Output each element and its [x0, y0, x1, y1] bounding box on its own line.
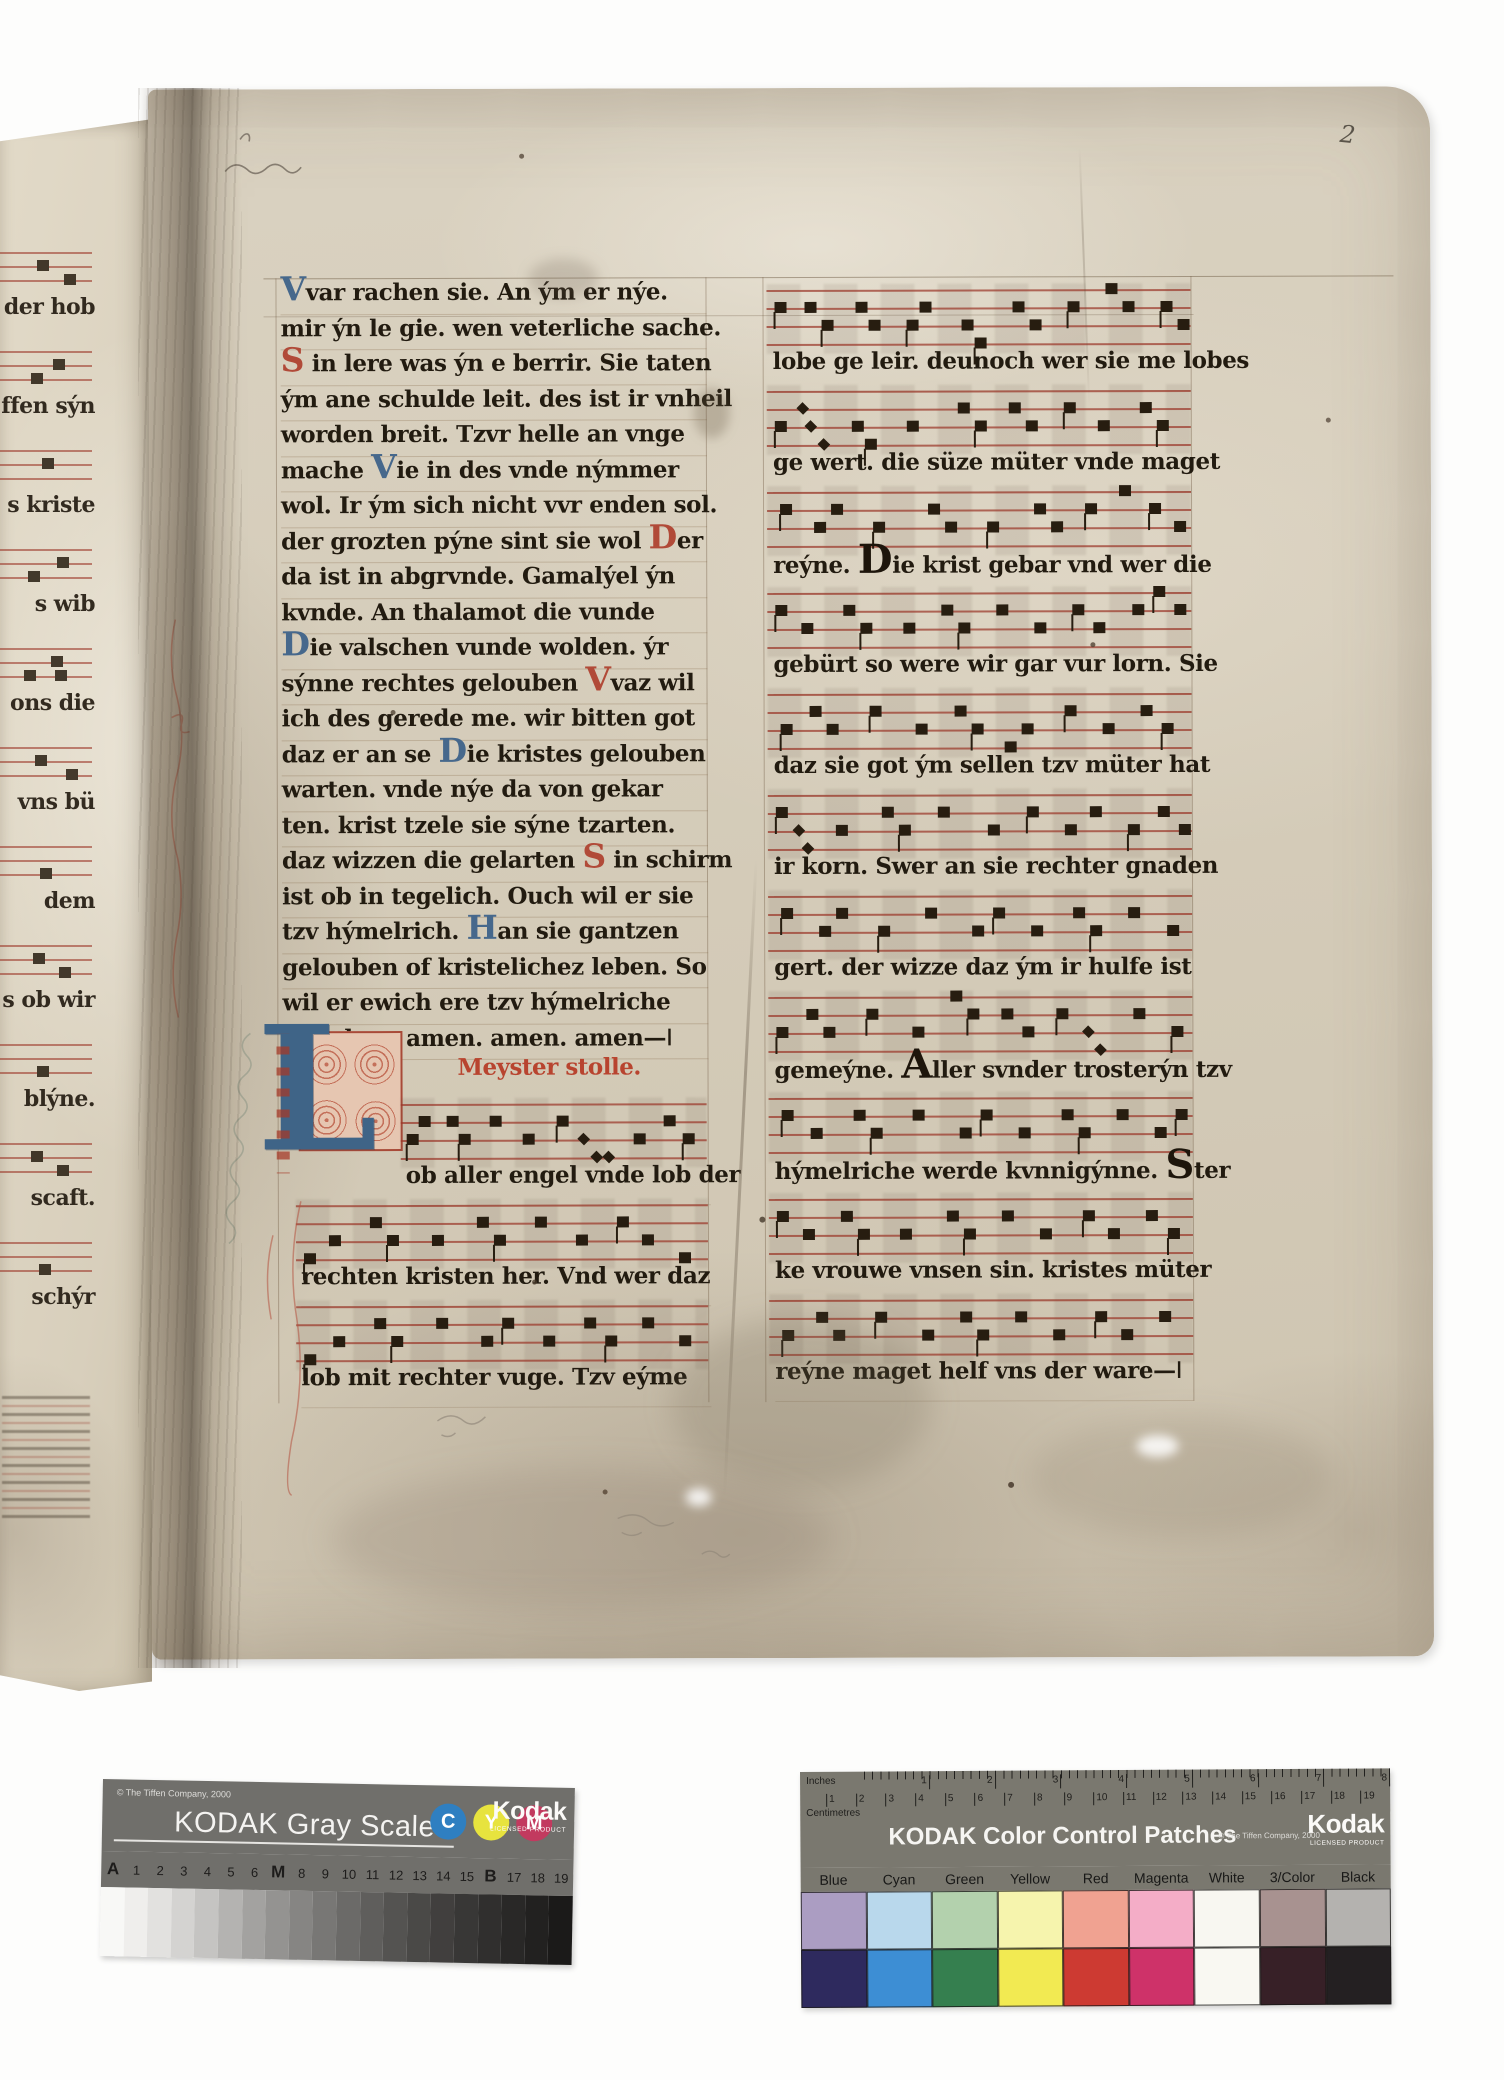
color-patch-light [1260, 1889, 1326, 1947]
neume-note [1015, 1311, 1027, 1322]
neume-note [1167, 1228, 1179, 1239]
staff-line [0, 1044, 92, 1046]
neume-note [28, 571, 40, 582]
gothic-text: ten. krist tzele sie sýne tzarten. [282, 811, 675, 839]
facing-page-unit: blýne. [0, 1038, 152, 1137]
color-patch-light [932, 1891, 998, 1949]
neume-note [1002, 1008, 1014, 1019]
neume-note [1108, 1228, 1120, 1239]
neume-note [1031, 925, 1043, 936]
neume-note [781, 1110, 793, 1121]
neume-note [776, 807, 788, 818]
neume-note [31, 1151, 43, 1162]
neume-note [31, 373, 43, 384]
manuscript-text-line: der grozten pýne sint sie wol Der [281, 527, 707, 564]
gray-step-patch [335, 1892, 360, 1961]
inch-numbers: 12345678 [864, 1772, 1390, 1789]
neume-note [858, 1229, 870, 1240]
neume-note [1176, 1109, 1188, 1120]
staff-line [769, 1252, 1193, 1255]
gothic-text: ter [1194, 1157, 1230, 1184]
staff-line [0, 365, 92, 367]
staff-line [769, 1151, 1193, 1154]
neume-note [419, 1116, 431, 1127]
neume-note [1159, 1311, 1171, 1322]
text-fragment: s wib [35, 591, 95, 617]
neume-note [66, 769, 78, 780]
staff-line [0, 1256, 92, 1258]
cm-number: 14 [1212, 1791, 1242, 1804]
gothic-text: in schirm [606, 846, 732, 873]
gothic-text: lob mit rechter vuge. Tzv eýme [301, 1363, 687, 1391]
neume-stem [390, 1346, 392, 1363]
neume-stem [860, 633, 862, 650]
neume-note [833, 1330, 845, 1341]
neume-note [941, 605, 953, 616]
neume-stem [774, 312, 776, 329]
staff-line [0, 563, 92, 565]
neume-stem [905, 330, 907, 347]
staff-line [768, 1014, 1192, 1017]
ruling-line-left [275, 278, 279, 1403]
neume-stem [386, 1245, 388, 1262]
music-staff [767, 491, 1191, 550]
neume-note [37, 1066, 49, 1077]
neume-note [459, 1134, 471, 1145]
neume-note [57, 557, 69, 568]
copyright-text: © The Tiffen Company, 2000 [1218, 1831, 1320, 1841]
gothic-text: ke vrouwe vnsen sin. kristes müter [775, 1256, 1211, 1284]
neume-note [1161, 301, 1173, 312]
neume-note [1128, 824, 1140, 835]
neume-note [975, 420, 987, 431]
gray-scale-steps [100, 1887, 573, 1965]
inch-number: 1 [864, 1775, 930, 1789]
neume-stem [1063, 412, 1065, 429]
neume-stem [970, 734, 972, 751]
facing-page-unit: der hob [0, 246, 152, 345]
neume-stem [987, 531, 989, 548]
gray-step-label: 18 [526, 1870, 550, 1885]
licensed-product-text: LICENSED PRODUCT [490, 1825, 566, 1833]
neume-note [968, 1009, 980, 1020]
neume-note [803, 1229, 815, 1240]
neume-note [576, 1235, 588, 1246]
staff-line [767, 390, 1191, 393]
colored-initial: D [858, 536, 892, 583]
neume-note [824, 1027, 836, 1038]
colored-initial: V [280, 269, 305, 308]
gothic-text: reýne maget helf vns der ware—ǀ [775, 1357, 1182, 1385]
neume-note [1171, 1026, 1183, 1037]
scanned-manuscript-photo: der hobffen sýns kristes wibons dievns b… [0, 0, 1504, 2080]
neume-stem [868, 716, 870, 733]
neume-stem [781, 1340, 783, 1357]
neume-note [805, 302, 817, 313]
facing-page-unit: scaft. [0, 1137, 152, 1236]
gray-step-patch [383, 1892, 408, 1961]
neume-note [1106, 283, 1118, 294]
staff-fragment [0, 945, 92, 979]
neume-note [1085, 503, 1097, 514]
gothic-text: mir ýn le gie. wen veterliche sache. [281, 314, 721, 342]
neume-note [903, 623, 915, 634]
centimetres-label: Centimetres [806, 1808, 860, 1819]
staff-line [769, 1234, 1193, 1237]
neume-note [55, 670, 67, 681]
neume-note [1090, 806, 1102, 817]
color-patch-dark [998, 1948, 1064, 2006]
cm-number: 15 [1242, 1791, 1272, 1804]
staff-line [767, 545, 1191, 548]
neume-note [777, 1211, 789, 1222]
neume-note [1132, 604, 1144, 615]
staff-line [0, 662, 92, 664]
gray-step-patch [170, 1888, 195, 1957]
neume-stem [821, 330, 823, 347]
staff-line [0, 549, 92, 551]
music-staff [768, 895, 1192, 954]
music-staff [769, 1097, 1193, 1156]
gothic-text: tzv hýmelrich. [282, 918, 467, 945]
music-text-line: lob mit rechter vuge. Tzv eýme [301, 1363, 711, 1408]
gray-step-patch [359, 1892, 384, 1961]
neume-note [489, 1116, 501, 1127]
staff-fragment [0, 846, 92, 880]
staff-fragment [0, 549, 92, 583]
centimetre-numbers: 12345678910111213141516171819 [826, 1790, 1390, 1806]
red-filigree [171, 620, 190, 1018]
gray-step-label: 1 [125, 1862, 149, 1877]
neume-note [781, 908, 793, 919]
flash-glare [686, 1488, 712, 1506]
neume-note [780, 504, 792, 515]
neume-note [1012, 301, 1024, 312]
facing-page-edge: der hobffen sýns kristes wibons dievns b… [0, 116, 152, 1691]
gray-step-patch [548, 1896, 573, 1965]
neume-note [937, 807, 949, 818]
neume-note [1064, 705, 1076, 716]
neume-note [776, 605, 788, 616]
gray-step-label: 8 [290, 1865, 314, 1880]
neume-note [1119, 485, 1131, 496]
neume-note [523, 1134, 535, 1145]
neume-note [642, 1317, 654, 1328]
gray-step-label: A [101, 1859, 125, 1879]
manuscript-text-line: da ist in abgrvnde. Gamalýel ýn [281, 562, 707, 599]
parchment-smudge [332, 1468, 832, 1609]
color-patch-dark [1260, 1947, 1326, 2005]
neume-note [981, 1109, 993, 1120]
neume-note [782, 1330, 794, 1341]
neume-note [682, 1133, 694, 1144]
neume-note [617, 1216, 629, 1227]
colored-initial: D [649, 517, 677, 556]
gothic-text: ich des gerede me. wir bitten got [282, 704, 695, 732]
music-staff [767, 390, 1191, 449]
music-staff [769, 1198, 1193, 1257]
neume-note [1146, 1210, 1158, 1221]
staff-line [0, 747, 92, 749]
staff-line [0, 1058, 92, 1060]
neume-note [59, 967, 71, 978]
staff-line [767, 646, 1191, 649]
gray-step-patch [241, 1890, 266, 1959]
staff-fragment [0, 1143, 92, 1177]
pen-trial-scribble [225, 134, 301, 174]
neume-stem [775, 817, 777, 834]
neume-note [831, 504, 843, 515]
ink-specks [148, 90, 151, 93]
gray-step-label: M [266, 1862, 290, 1882]
initial-zigzag-ornament [276, 1033, 289, 1173]
music-staff [767, 592, 1191, 651]
neume-note [1128, 907, 1140, 918]
gothic-text: ie in des vnde nýmmer [396, 456, 679, 484]
neume-note [51, 656, 63, 667]
staff-line [0, 252, 92, 254]
gray-step-label: 11 [361, 1866, 385, 1881]
neume-stem [1025, 816, 1027, 833]
gray-step-patch [477, 1894, 502, 1963]
neume-note [972, 925, 984, 936]
neume-note [844, 605, 856, 616]
neume-note [775, 421, 787, 432]
music-text-line: reýne maget helf vns der ware—ǀ [775, 1357, 1193, 1402]
neume-note [387, 1235, 399, 1246]
initial-letter-glyph: L [256, 1003, 377, 1175]
inch-number: 5 [1127, 1774, 1193, 1788]
staff-line [768, 794, 1192, 797]
gothic-text: daz wizzen die gelarten [282, 847, 582, 875]
gothic-text: ým ane schulde leit. des ist ir vnheil [281, 385, 732, 413]
neume-note [925, 908, 937, 919]
neume-note [878, 926, 890, 937]
facing-page-unit: schýr [0, 1236, 152, 1335]
staff-line [0, 648, 92, 650]
gray-step-label: 6 [243, 1864, 267, 1879]
neume-note [913, 1110, 925, 1121]
neume-note [869, 706, 881, 717]
neume-note [1082, 1025, 1095, 1038]
neume-note [1051, 521, 1063, 532]
gothic-text: lobe ge leir. deunoch wer sie me lobes [773, 347, 1249, 375]
color-patch-light [1129, 1890, 1195, 1948]
neume-note [679, 1335, 691, 1346]
neume-note [1073, 907, 1085, 918]
pencil-annotation [702, 1551, 730, 1557]
color-label: Blue [801, 1872, 867, 1888]
neume-note [39, 1264, 51, 1275]
color-patch-light [997, 1890, 1063, 1948]
music-staff [768, 794, 1192, 853]
gothic-text: ie krist gebar vnd wer die [892, 551, 1211, 579]
colored-initial: S [281, 340, 305, 379]
neume-note [1034, 503, 1046, 514]
color-patch-light [801, 1892, 867, 1950]
gray-step-label: 2 [148, 1862, 172, 1877]
color-patch-dark [1063, 1948, 1129, 2006]
neume-note [557, 1116, 569, 1127]
facing-page-unit: dem [0, 840, 152, 939]
staff-line [768, 812, 1192, 815]
neume-stem [1063, 715, 1065, 732]
neume-note [922, 1330, 934, 1341]
neume-note [1103, 723, 1115, 734]
staff-fragment [0, 1242, 92, 1276]
gray-step-patch [123, 1887, 148, 1956]
text-fragment: s ob wir [2, 987, 95, 1013]
color-patch-light [1194, 1889, 1260, 1947]
neume-stem [1084, 513, 1086, 530]
neume-note [866, 1009, 878, 1020]
color-patch-light [1325, 1888, 1391, 1946]
neume-note [1002, 1210, 1014, 1221]
licensed-product-text: LICENSED PRODUCT [1307, 1839, 1384, 1846]
neume-stem [1170, 1036, 1172, 1053]
neume-note [947, 1211, 959, 1222]
gray-step-label: 17 [502, 1869, 526, 1884]
right-music-column: lobe ge leir. deunoch wer sie me lobesge… [766, 289, 1193, 1470]
music-staff [296, 1305, 708, 1364]
manuscript-text-line: mache Vie in des vnde nýmmer [281, 456, 707, 493]
neume-note [605, 1335, 617, 1346]
cm-number: 1 [826, 1794, 856, 1807]
color-label: Magenta [1128, 1870, 1194, 1886]
staff-line [768, 693, 1192, 696]
color-patch-light [1063, 1890, 1129, 1948]
colored-initial: V [585, 659, 610, 698]
color-bar-header: Inches 12345678 123456789101112131415161… [800, 1768, 1391, 1868]
gothic-text: hýmelriche werde kvnnigýnne. [775, 1157, 1166, 1185]
staff-line [767, 527, 1191, 530]
neume-note [971, 723, 983, 734]
music-staff [401, 1103, 707, 1162]
neume-note [329, 1235, 341, 1246]
neume-note [945, 522, 957, 533]
gray-step-patch [453, 1894, 478, 1963]
neume-stem [776, 1037, 778, 1054]
gothic-text: worden breit. Tzvr helle an vnge [281, 420, 685, 448]
neume-note [1019, 1127, 1031, 1138]
staff-fragment [0, 1044, 92, 1078]
colored-initial: S [1165, 1141, 1194, 1188]
neume-stem [493, 1245, 495, 1262]
staff-line [296, 1258, 708, 1261]
neume-note [64, 274, 76, 285]
gray-step-label: 13 [408, 1867, 432, 1882]
staff-line [0, 973, 92, 975]
kodak-logo: Kodak LICENSED PRODUCT [1307, 1808, 1384, 1846]
neume-note [1068, 301, 1080, 312]
neume-stem [857, 1239, 859, 1256]
neume-stem [1077, 1137, 1079, 1154]
neume-note [852, 421, 864, 432]
staff-line [767, 610, 1191, 613]
neume-note [24, 670, 36, 681]
neume-note [1073, 604, 1085, 615]
staff-line [401, 1139, 707, 1141]
neume-note [1121, 1329, 1133, 1340]
color-patches-dark-row [801, 1946, 1391, 2008]
gothic-text: ie kristes gelouben [467, 740, 706, 768]
copyright-text: © The Tiffen Company, 2000 [117, 1787, 231, 1799]
inch-number: 7 [1259, 1773, 1325, 1787]
gothic-text: ller svnder trosterýn tzv [932, 1056, 1232, 1084]
kodak-logo-text: Kodak [490, 1796, 567, 1826]
staff-line [769, 1216, 1193, 1219]
text-fragment: ons die [10, 690, 95, 716]
gothic-text: gemeýne. [774, 1057, 901, 1084]
staff-line [768, 895, 1192, 898]
neume-note [1023, 1026, 1035, 1037]
neume-note [959, 1128, 971, 1139]
staff-line [296, 1359, 708, 1362]
manuscript-text-line: Die valschen vunde wolden. ýr [281, 633, 707, 670]
neume-note [1154, 1127, 1166, 1138]
gray-step-patch [147, 1888, 172, 1957]
neume-stem [1072, 614, 1074, 631]
cm-number: 17 [1301, 1791, 1331, 1804]
gothic-text: ob aller engel vnde lob der [406, 1161, 740, 1189]
facing-page-unit: s wib [0, 543, 152, 642]
neume-stem [616, 1226, 618, 1243]
gothic-text: vaz wil [611, 669, 695, 696]
neume-stem [877, 936, 879, 953]
neume-note [819, 926, 831, 937]
gothic-text: da ist in abgrvnde. Gamalýel ýn [281, 562, 675, 590]
neume-note [919, 302, 931, 313]
color-label: Black [1325, 1868, 1391, 1884]
neume-stem [874, 1322, 876, 1339]
staff-line [0, 1242, 92, 1244]
staff-line [769, 1353, 1193, 1356]
neume-note [1053, 1329, 1065, 1340]
staff-line [0, 1143, 92, 1145]
gray-step-patch [501, 1895, 526, 1964]
neume-note [958, 403, 970, 414]
neume-note [391, 1336, 403, 1347]
staff-fragment [0, 450, 92, 484]
neume-note [1098, 420, 1110, 431]
neume-stem [458, 1144, 460, 1161]
neume-note [1153, 586, 1165, 597]
color-patch-light [866, 1891, 932, 1949]
gray-step-label: 4 [195, 1863, 219, 1878]
neume-stem [1175, 1119, 1177, 1136]
cm-number: 16 [1271, 1791, 1301, 1804]
neume-note [1090, 925, 1102, 936]
neume-stem [967, 1019, 969, 1036]
music-staff [768, 996, 1192, 1055]
color-label: Cyan [866, 1871, 932, 1887]
neume-note [1008, 402, 1020, 413]
neume-note [780, 724, 792, 735]
neume-note [775, 302, 787, 313]
gray-step-label: 15 [455, 1868, 479, 1883]
neume-note [407, 1134, 419, 1145]
neume-note [1141, 705, 1153, 716]
neume-note [1174, 521, 1186, 532]
neume-note [906, 320, 918, 331]
neume-note [53, 359, 65, 370]
facing-page-unit: s kriste [0, 444, 152, 543]
neume-stem [992, 917, 994, 934]
staff-line [0, 846, 92, 848]
gray-step-patch [194, 1889, 219, 1958]
neume-note [856, 302, 868, 313]
staff-line [401, 1103, 707, 1105]
